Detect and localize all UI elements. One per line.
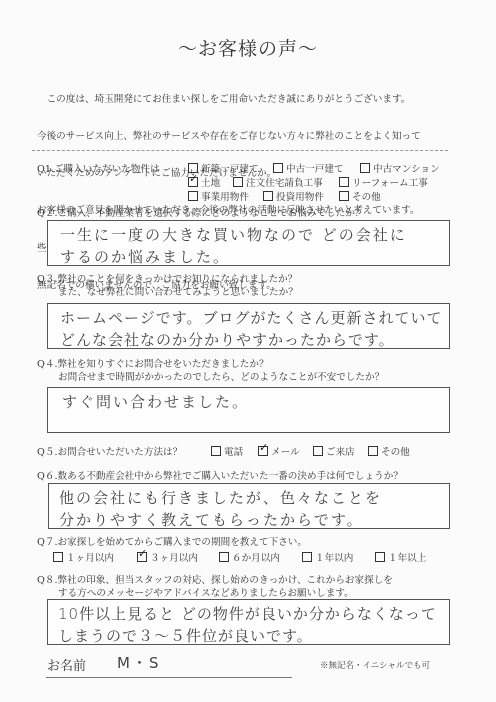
- q5-label: Q５.お問合せいただいた方法は？: [37, 444, 182, 458]
- q8-answer-line: しまうので３～５件位が良いです。: [48, 625, 449, 647]
- q1-option[interactable]: 事業用物件: [188, 189, 249, 203]
- q7-label: Q７.お家探しを始めてからご購入までの期間を教えて下さい。: [37, 534, 307, 548]
- checkbox-icon[interactable]: [339, 191, 349, 201]
- checkbox-icon[interactable]: [233, 177, 243, 187]
- checkbox-icon[interactable]: [219, 552, 229, 562]
- checkbox-icon[interactable]: [263, 191, 273, 201]
- q4-answer-line: すぐ問い合わせました。: [48, 388, 449, 413]
- checkbox-icon[interactable]: [273, 163, 283, 173]
- q5-option[interactable]: 電話: [211, 444, 243, 458]
- intro-line: この度は、埼玉開発にてお住まい探しをご用命いただき誠にありがとうございます。: [37, 94, 467, 106]
- q1-option[interactable]: 注文住宅請負工事: [233, 175, 323, 189]
- checkbox-icon[interactable]: [375, 552, 385, 562]
- q3-answer-box[interactable]: ホームページです。ブログがたくさん更新されていて どんな会社なのか分かりやすかっ…: [47, 303, 450, 349]
- q1-option[interactable]: その他: [339, 189, 381, 203]
- intro-line: 今後のサービス向上、弊社のサービスや存在をご存じない方々に弊社のことをよく知って: [37, 131, 467, 143]
- q8-label: Q８.弊社の印象、担当スタッフの対応、探し始めのきっかけ、これからお家探しを: [37, 572, 393, 586]
- q5-option[interactable]: メール: [258, 444, 300, 458]
- q6-label: Q６.数ある不動産会社中から弊社でご購入いただいた一番の決め手は何でしょうか？: [37, 468, 403, 482]
- checkbox-icon[interactable]: [302, 552, 312, 562]
- q7-option[interactable]: ６か月以内: [219, 550, 280, 564]
- q6-answer-box[interactable]: 他の会社にも行きましたが、色々なことを 分かりやすく教えてもらったからです。: [48, 483, 450, 529]
- q1-option[interactable]: リーフォーム工事: [339, 175, 428, 189]
- q6-answer-line: 他の会社にも行きましたが、色々なことを: [49, 484, 449, 509]
- q8-label-sub: する方へのメッセージやアドバイスなどありましたらお願いします。: [58, 585, 354, 599]
- q7-option[interactable]: １ヶ月以内: [53, 550, 114, 564]
- q4-label: Q４.弊社を知りすぐにお問合せをいただきましたか？: [37, 356, 269, 370]
- q3-label-sub: また、なぜ弊社に問い合わせてみようと思いましたか？: [58, 284, 298, 298]
- checkbox-icon[interactable]: [211, 446, 221, 456]
- q7-option[interactable]: １年以内: [302, 550, 353, 564]
- q2-answer-line: するのか悩みました。: [48, 246, 449, 268]
- q1-option[interactable]: 中古マンション: [360, 161, 440, 175]
- q1-option[interactable]: 中古一戸建て: [273, 161, 344, 175]
- checkbox-icon[interactable]: [339, 177, 349, 187]
- checkbox-icon[interactable]: [53, 552, 63, 562]
- q1-option[interactable]: 投資用物件: [263, 189, 324, 203]
- q4-label-sub: お問合せまで時間がかかったのでしたら、どのようなことが不安でしたか？: [58, 369, 384, 383]
- name-label: お名前: [47, 655, 86, 674]
- q2-answer-line: 一生に一度の大きな買い物なので どの会社に: [48, 221, 449, 246]
- q5-option[interactable]: ご来店: [313, 444, 355, 458]
- checkbox-checked-icon[interactable]: [188, 177, 198, 187]
- name-note: ※無記名・イニシャルでも可: [320, 659, 430, 671]
- q3-label: Q３.弊社のことを何をきっかけでお知りになられましたか？: [37, 271, 297, 285]
- q1-option[interactable]: 新築一戸建て: [188, 161, 259, 175]
- q5-option[interactable]: その他: [368, 444, 410, 458]
- q3-answer-line: ホームページです。ブログがたくさん更新されていて: [48, 304, 449, 329]
- q3-answer-line: どんな会社なのか分かりやすかったからです。: [48, 329, 449, 351]
- q8-answer-line: 10件以上見ると どの物件が良いか分からなくなって: [48, 600, 449, 625]
- name-value[interactable]: M・S: [117, 652, 160, 673]
- q1-option[interactable]: 土地: [188, 175, 220, 189]
- dotted-divider: [32, 150, 448, 151]
- q4-answer-box[interactable]: すぐ問い合わせました。: [47, 387, 450, 433]
- q7-option[interactable]: １年以上: [375, 550, 426, 564]
- q2-label: Q２.ご購入、不動産業者を選択する際にどのようなことでお悩みでしたか？: [37, 205, 365, 219]
- checkbox-checked-icon[interactable]: [137, 552, 147, 562]
- checkbox-icon[interactable]: [313, 446, 323, 456]
- checkbox-icon[interactable]: [188, 191, 198, 201]
- name-underline: [46, 677, 292, 678]
- checkbox-icon[interactable]: [368, 446, 378, 456]
- q1-label: Q1.ご購入いただいた物件は: [37, 161, 160, 175]
- checkbox-checked-icon[interactable]: [258, 446, 268, 456]
- q8-answer-box[interactable]: 10件以上見ると どの物件が良いか分からなくなって しまうので３～５件位が良いで…: [47, 599, 450, 645]
- q6-answer-line: 分かりやすく教えてもらったからです。: [49, 509, 449, 531]
- checkbox-icon[interactable]: [360, 163, 370, 173]
- page-title: ～お客様の声～: [0, 34, 496, 61]
- q2-answer-box[interactable]: 一生に一度の大きな買い物なので どの会社に するのか悩みました。: [47, 220, 450, 266]
- q7-option[interactable]: ３ヶ月以内: [137, 550, 198, 564]
